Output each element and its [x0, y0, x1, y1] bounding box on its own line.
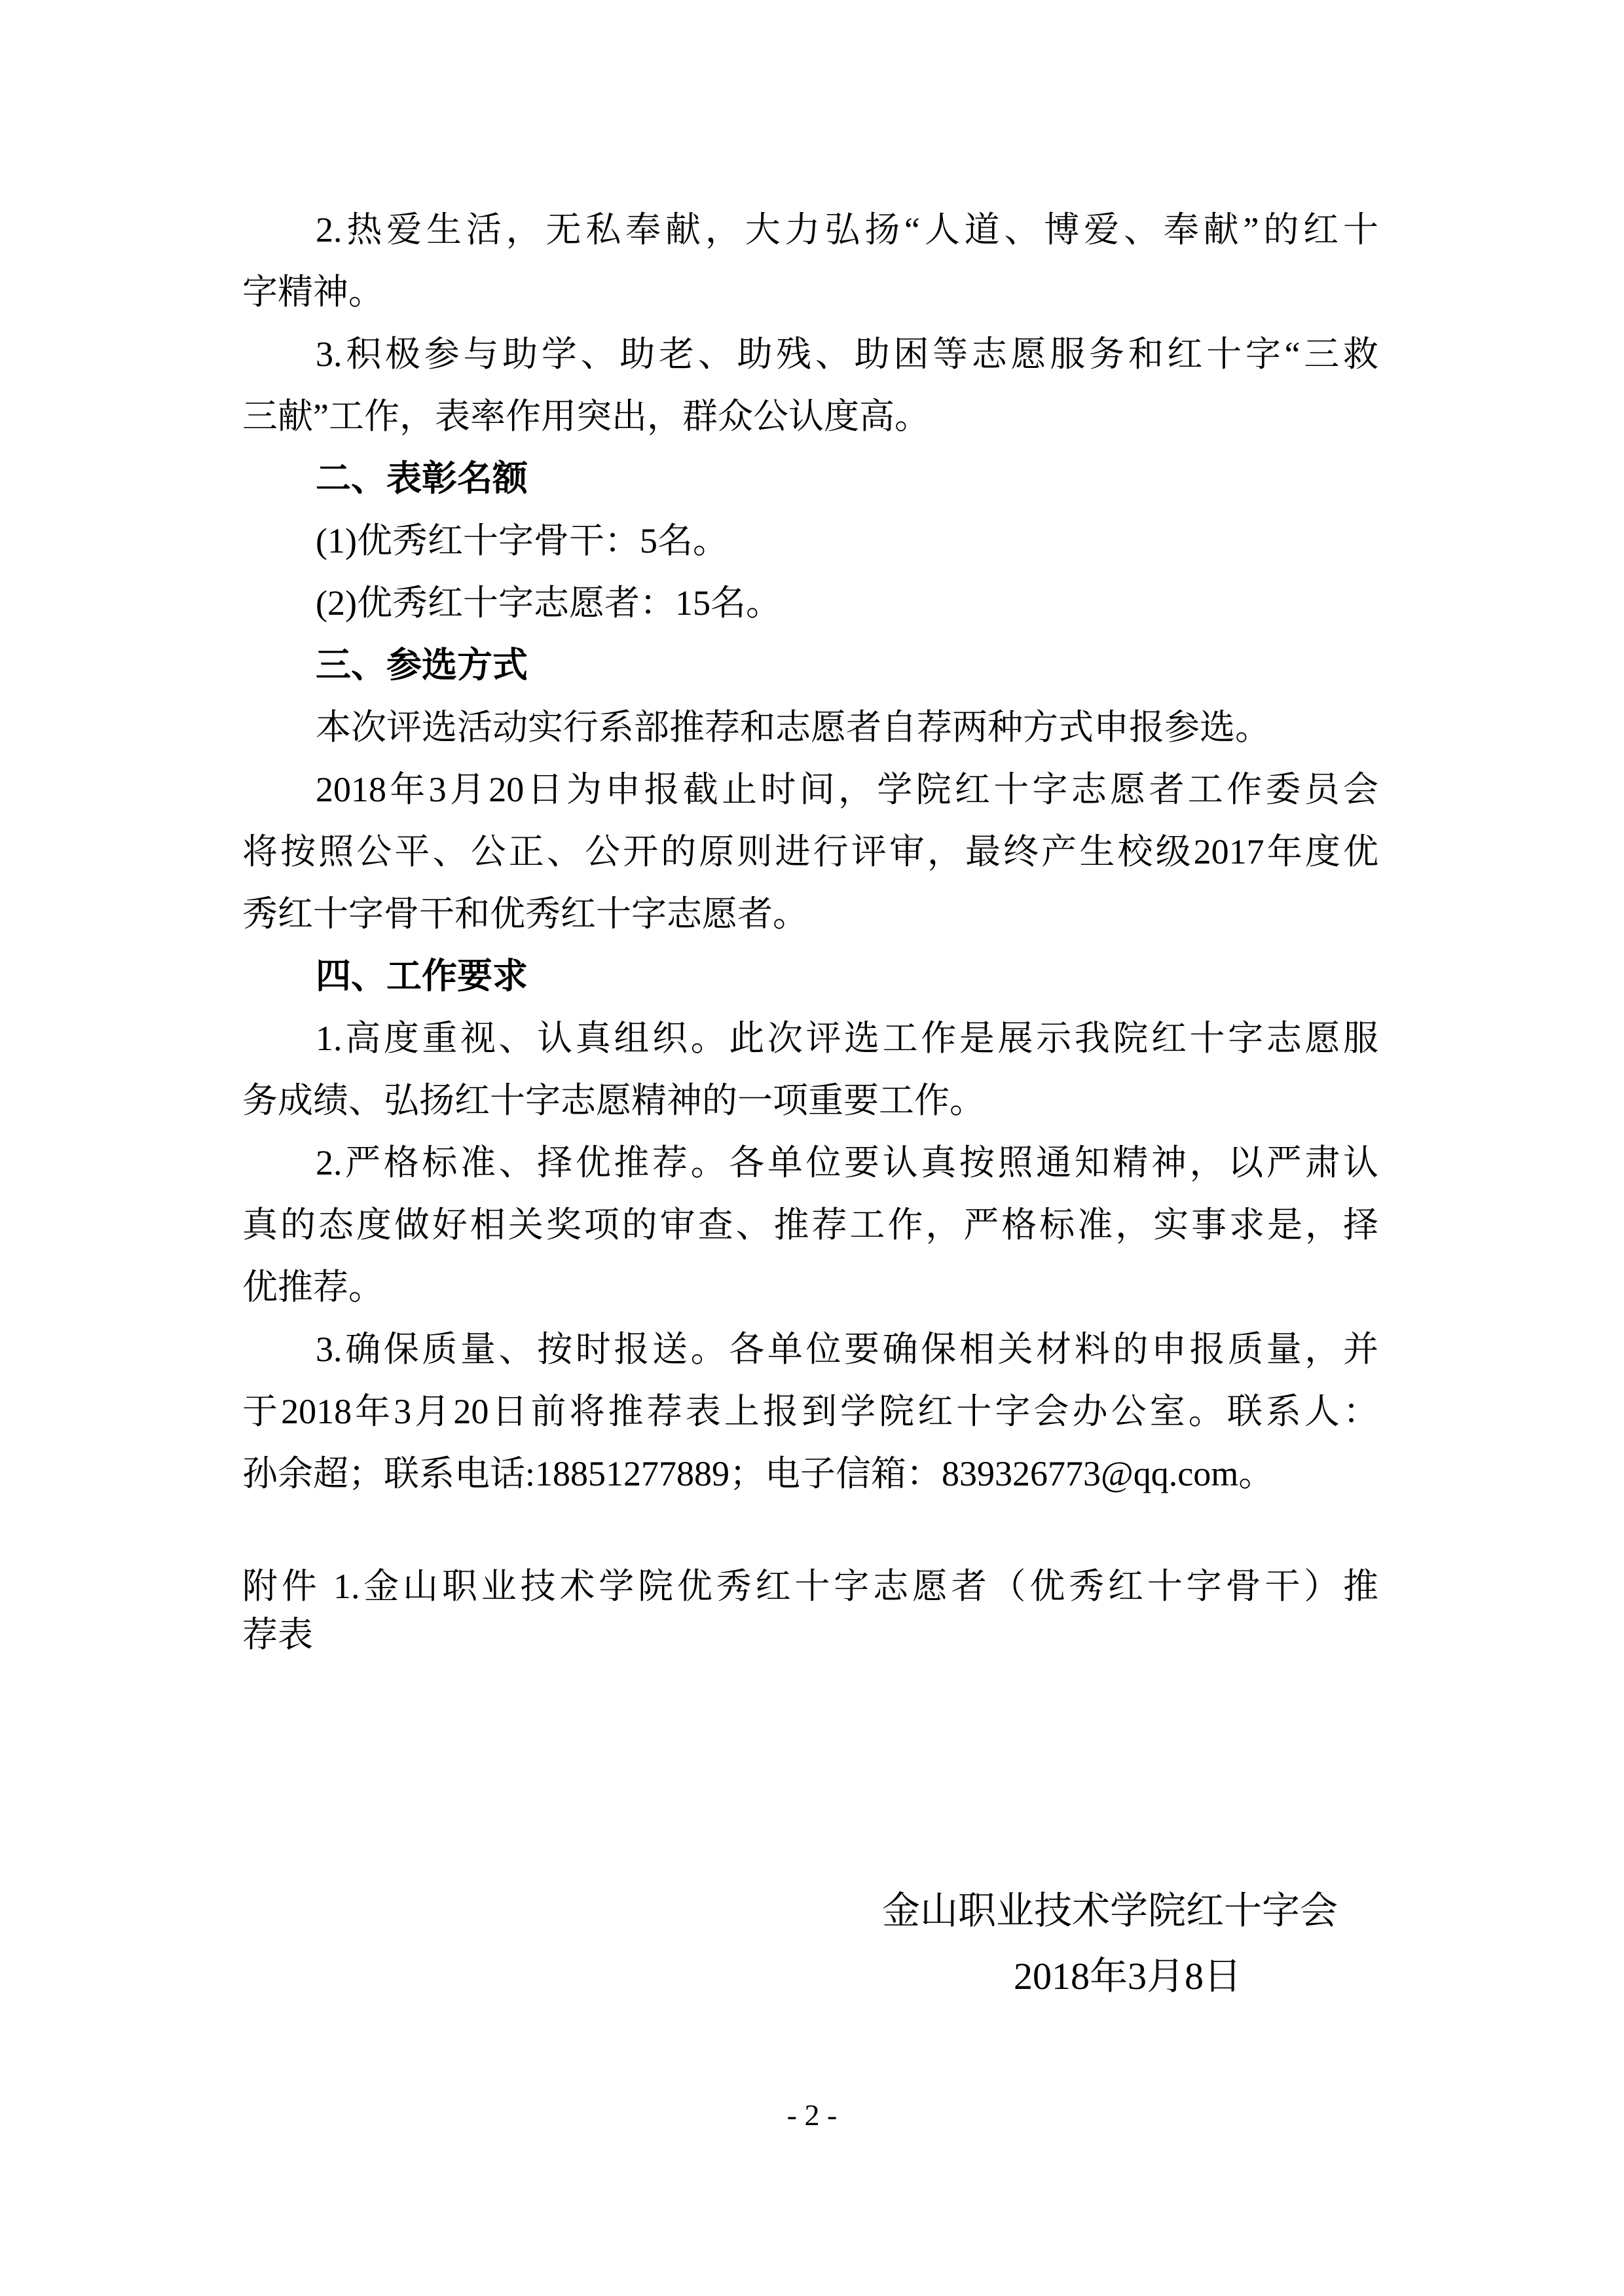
body-line: 于2018年3月20日前将推荐表上报到学院红十字会办公室。联系人： [242, 1381, 1378, 1443]
signature-date: 2018年3月8日 [1014, 1950, 1242, 2003]
body-line: 2.热爱生活，无私奉献，大力弘扬“人道、博爱、奉献”的红十 [242, 199, 1378, 261]
body-line: 真的态度做好相关奖项的审查、推荐工作，严格标准，实事求是，择 [242, 1194, 1378, 1256]
body-line: 本次评选活动实行系部推荐和志愿者自荐两种方式申报参选。 [242, 697, 1378, 759]
body-line: 三献”工作，表率作用突出，群众公认度高。 [242, 386, 1378, 448]
body-line: 秀红十字骨干和优秀红十字志愿者。 [242, 883, 1378, 945]
body-line: 孙余超；联系电话:18851277889；电子信箱：839326773@qq.c… [242, 1443, 1378, 1505]
body-line: 2.严格标准、择优推荐。各单位要认真按照通知精神，以严肃认 [242, 1132, 1378, 1194]
body-line: 3.确保质量、按时报送。各单位要确保相关材料的申报质量，并 [242, 1319, 1378, 1381]
section-heading: 二、表彰名额 [242, 448, 1378, 510]
attachment-line: 附件 1.金山职业技术学院优秀红十字志愿者（优秀红十字骨干）推 [242, 1562, 1378, 1611]
attachment-note: 附件 1.金山职业技术学院优秀红十字志愿者（优秀红十字骨干）推荐表 [242, 1562, 1378, 1659]
body-line: 务成绩、弘扬红十字志愿精神的一项重要工作。 [242, 1070, 1378, 1132]
body-line: (2)优秀红十字志愿者：15名。 [242, 572, 1378, 634]
section-heading: 四、工作要求 [242, 945, 1378, 1008]
document-page: 2.热爱生活，无私奉献，大力弘扬“人道、博爱、奉献”的红十字精神。3.积极参与助… [0, 0, 1624, 2296]
body-line: (1)优秀红十字骨干：5名。 [242, 510, 1378, 572]
body-line: 优推荐。 [242, 1256, 1378, 1319]
signature-org: 金山职业技术学院红十字会 [882, 1885, 1338, 1937]
body-line: 将按照公平、公正、公开的原则进行评审，最终产生校级2017年度优 [242, 821, 1378, 883]
body-line: 2018年3月20日为申报截止时间，学院红十字志愿者工作委员会 [242, 759, 1378, 821]
attachment-line: 荐表 [242, 1611, 1378, 1659]
body-line: 1.高度重视、认真组织。此次评选工作是展示我院红十字志愿服 [242, 1008, 1378, 1070]
section-heading: 三、参选方式 [242, 634, 1378, 697]
body-line: 字精神。 [242, 261, 1378, 323]
body-line: 3.积极参与助学、助老、助残、助困等志愿服务和红十字“三救 [242, 323, 1378, 386]
document-body: 2.热爱生活，无私奉献，大力弘扬“人道、博爱、奉献”的红十字精神。3.积极参与助… [242, 199, 1378, 1505]
page-number: - 2 - [0, 2096, 1624, 2135]
